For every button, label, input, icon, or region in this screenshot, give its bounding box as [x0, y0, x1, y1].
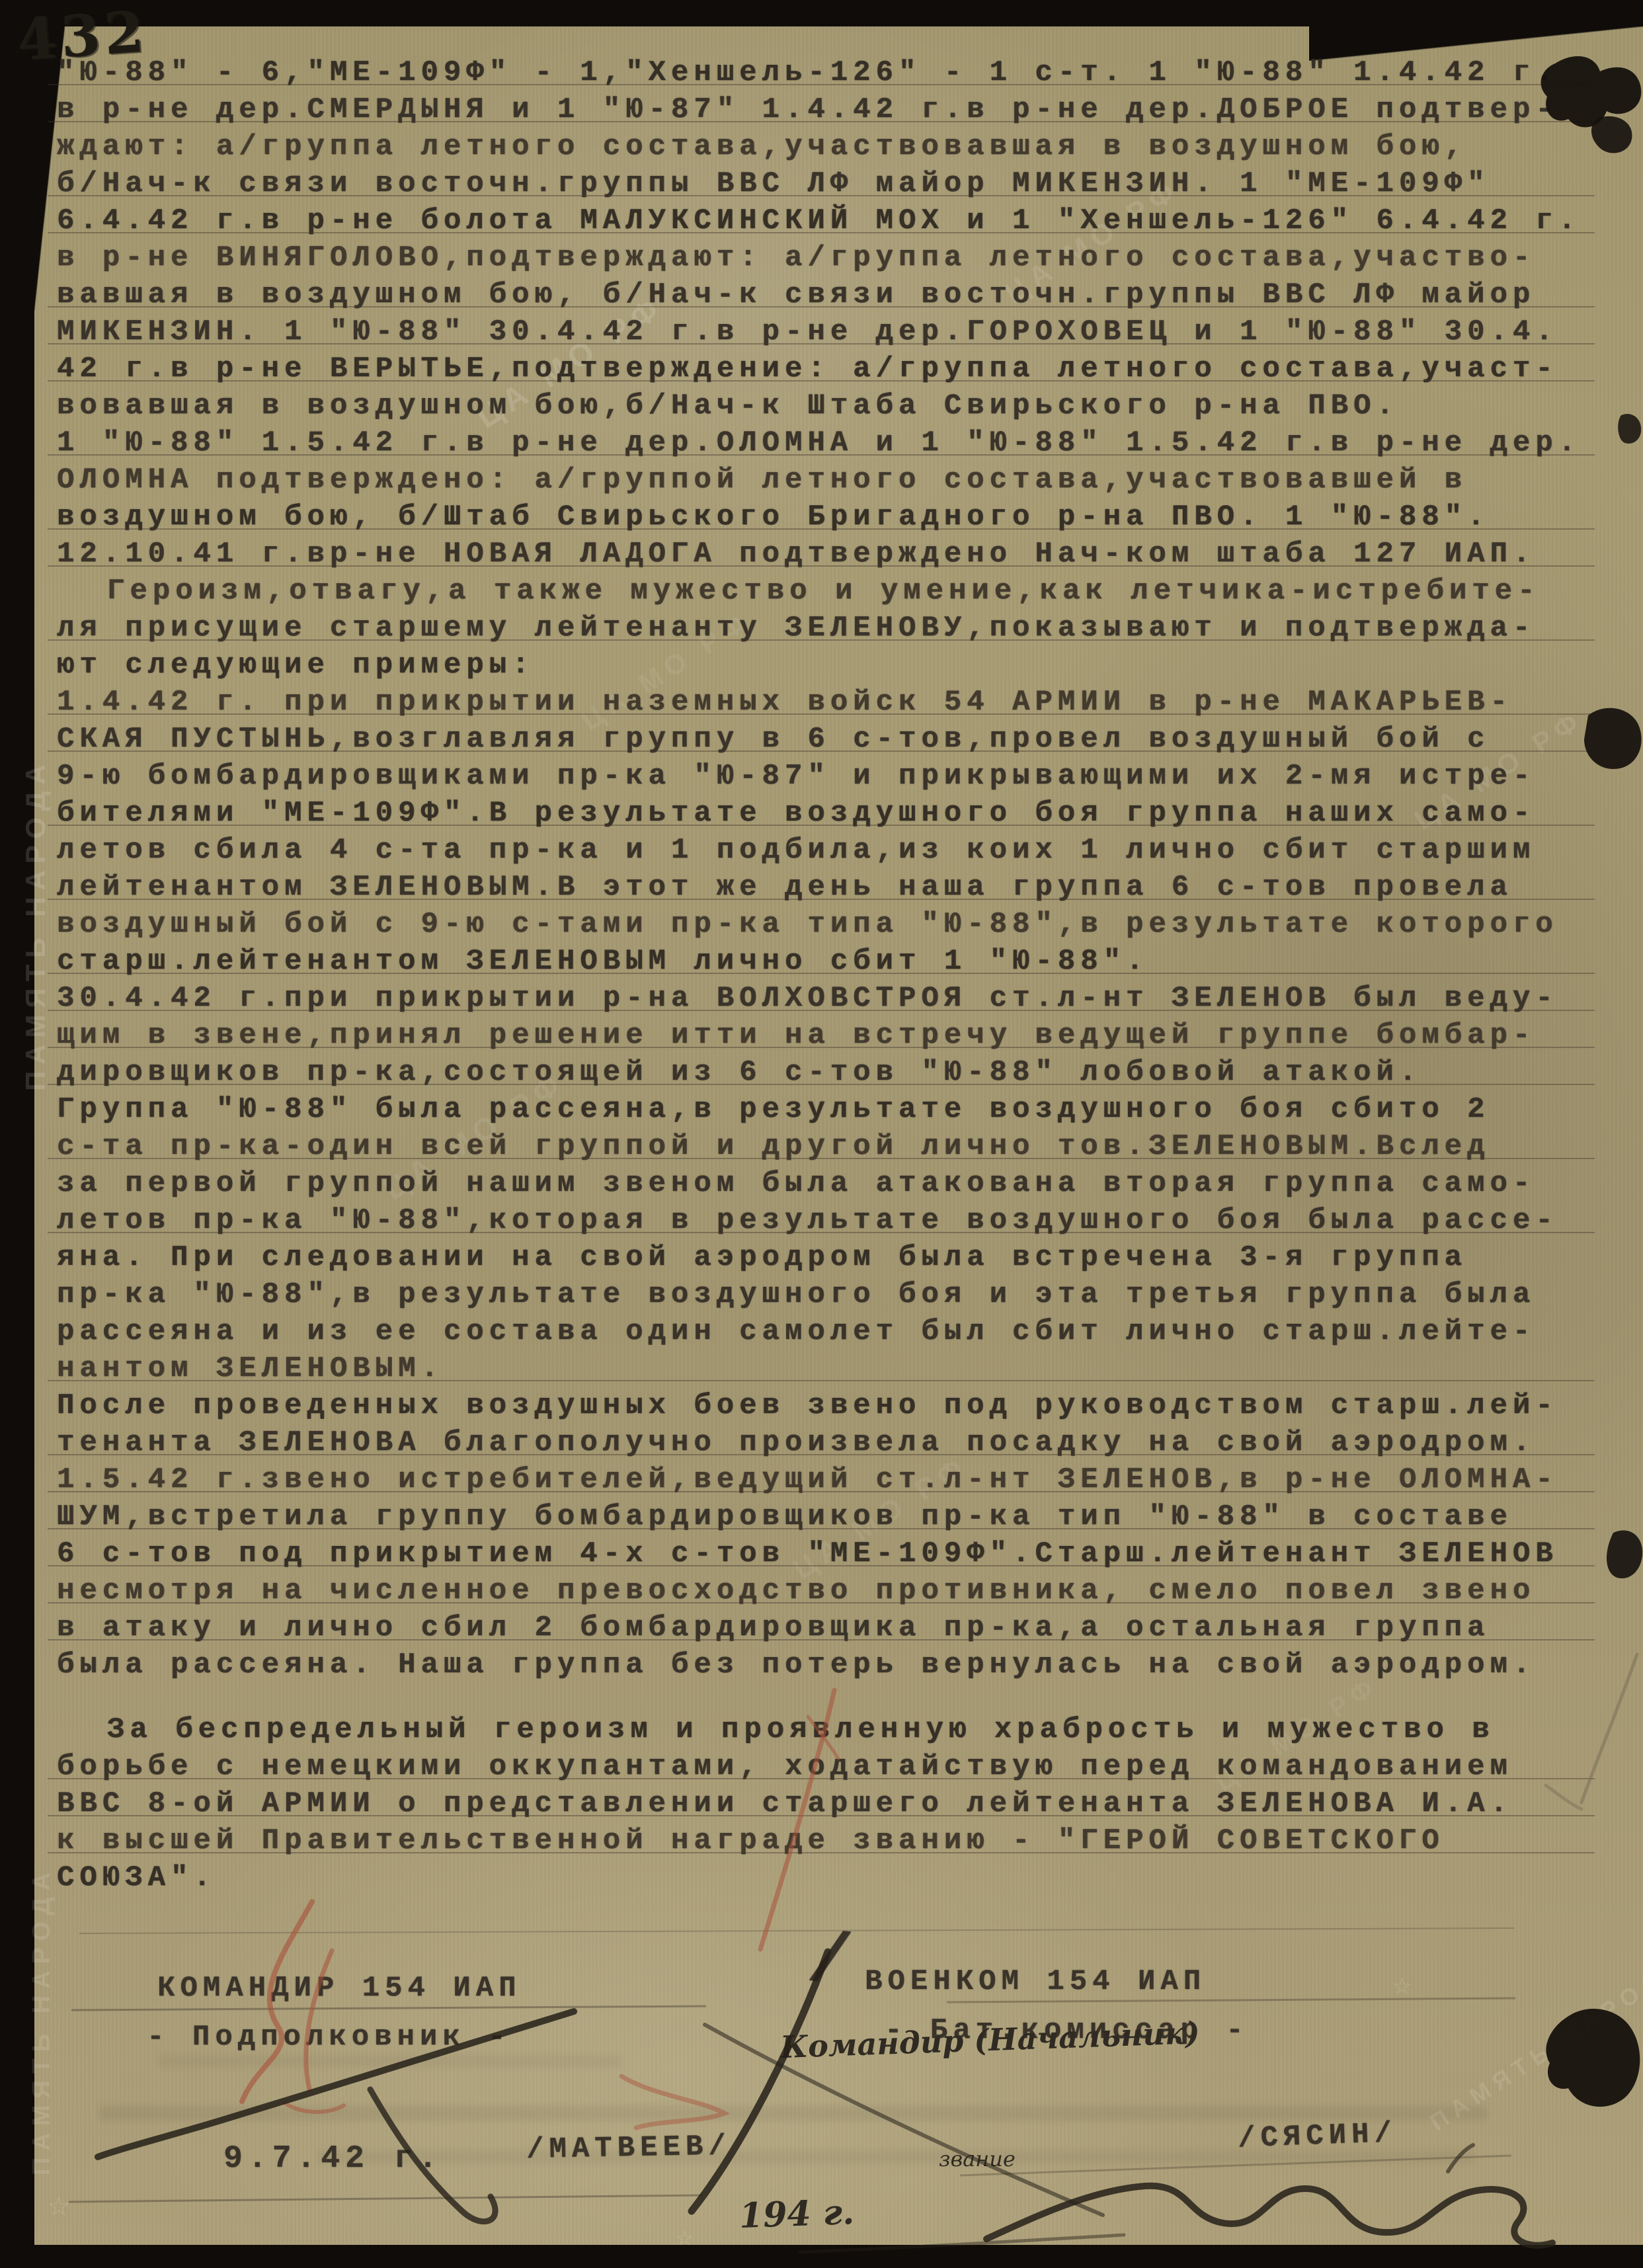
document-line: нантом ЗЕЛЕНОВЫМ. [57, 1350, 1612, 1387]
document-line: тенанта ЗЕЛЕНОВА благополучно произвела … [57, 1424, 1612, 1461]
document-text: "Ю-88" - 6,"МЕ-109Ф" - 1,"Хеншель-126" -… [57, 54, 1612, 1896]
document-line: старш.лейтенантом ЗЕЛЕНОВЫМ лично сбит 1… [57, 943, 1612, 980]
document-line: Героизм,отвагу,а также мужество и умение… [57, 573, 1612, 610]
document-line: 1 "Ю-88" 1.5.42 г.в р-не дер.ОЛОМНА и 1 … [57, 425, 1612, 462]
document-line: вавшая в воздушном бою, б/Нач-к связи во… [57, 276, 1612, 313]
document-line: За беспредельный героизм и проявленную х… [57, 1711, 1612, 1748]
document-line: 1.4.42 г. при прикрытии наземных войск 5… [57, 684, 1612, 721]
document-line: пр-ка "Ю-88",в результате воздушного боя… [57, 1276, 1612, 1313]
document-line: МИКЕНЗИН. 1 "Ю-88" 30.4.42 г.в р-не дер.… [57, 313, 1612, 350]
commander-rank: - Подполковник - [147, 2021, 510, 2054]
document-line: ОЛОМНА подтверждено: а/группой летного с… [57, 462, 1612, 499]
scan-border-bottom [0, 2245, 1643, 2268]
document-line: в р-не дер.СМЕРДЫНЯ и 1 "Ю-87" 1.4.42 г.… [57, 91, 1612, 128]
form-page-number: 194 г. [739, 2192, 855, 2236]
document-line: в атаку и лично сбил 2 бомбардировщика п… [57, 1609, 1612, 1646]
document-line: 12.10.41 г.вр-не НОВАЯ ЛАДОГА подтвержде… [57, 536, 1612, 573]
document-line: 42 г.в р-не ВЕРЫТЬЕ,подтверждение: а/гру… [57, 350, 1612, 387]
document-line: дировщиков пр-ка,состоящей из 6 с-тов "Ю… [57, 1054, 1612, 1091]
document-line: несмотря на численное превосходство прот… [57, 1572, 1612, 1609]
document-line: щим в звене,принял решение итти на встре… [57, 1017, 1612, 1054]
scanned-document-page: 432 ПАМЯТЬ НАРОДА ПАМЯТЬ НАРОДА ЦА МО РФ… [0, 0, 1643, 2268]
document-line: воздушный бой с 9-ю с-тами пр-ка типа "Ю… [57, 906, 1612, 943]
document-line: После проведенных воздушных боев звено п… [57, 1387, 1612, 1424]
document-line: борьбе с немецкими оккупантами, ходатайс… [57, 1748, 1612, 1785]
document-line: СОЮЗА". [57, 1859, 1612, 1896]
ghost-stamp-bar [317, 2150, 1474, 2164]
document-line: 6.4.42 г.в р-не болота МАЛУКСИНСКИЙ МОХ … [57, 202, 1612, 239]
document-line: лейтенантом ЗЕЛЕНОВЫМ.В этот же день наш… [57, 869, 1612, 906]
ghost-stamp-bar [159, 2055, 621, 2067]
commissar-title: ВОЕНКОМ 154 ИАП [865, 1965, 1206, 1998]
document-line: 6 с-тов под прикрытием 4-х с-тов "МЕ-109… [57, 1535, 1612, 1572]
document-line: за первой группой нашим звеном была атак… [57, 1165, 1612, 1202]
document-line: летов сбила 4 с-та пр-ка и 1 подбила,из … [57, 832, 1612, 869]
document-line: 9-ю бомбардировщиками пр-ка "Ю-87" и при… [57, 758, 1612, 795]
document-line: была рассеяна. Наша группа без потерь ве… [57, 1646, 1612, 1683]
commander-title: КОМАНДИР 154 ИАП [157, 1972, 521, 2005]
document-line: воздушном бою, б/Штаб Свирьского Бригадн… [57, 499, 1612, 536]
document-line: СКАЯ ПУСТЫНЬ,возглавляя группу в 6 с-тов… [57, 721, 1612, 758]
document-line: ля присущие старшему лейтенанту ЗЕЛЕНОВУ… [57, 610, 1612, 647]
ghost-stamp-bar [99, 2106, 1488, 2121]
document-line: яна. При следовании на свой аэродром был… [57, 1239, 1612, 1276]
document-line: ШУМ,встретила группу бомбардировщиков пр… [57, 1498, 1612, 1535]
document-line: к высшей Правительственной награде звани… [57, 1822, 1612, 1859]
document-line: Группа "Ю-88" была рассеяна,в результате… [57, 1091, 1612, 1128]
document-line: летов пр-ка "Ю-88",которая в результате … [57, 1202, 1612, 1239]
document-line: 1.5.42 г.звено истребителей,ведущий ст.л… [57, 1461, 1612, 1498]
document-line: 30.4.42 г.при прикрытии р-на ВОЛХОВСТРОЯ… [57, 980, 1612, 1017]
scan-border-left [0, 0, 34, 2268]
document-line: б/Нач-к связи восточн.группы ВВС ЛФ майо… [57, 165, 1612, 202]
document-line: в р-не ВИНЯГОЛОВО,подтверждают: а/группа… [57, 239, 1612, 276]
document-line: "Ю-88" - 6,"МЕ-109Ф" - 1,"Хеншель-126" -… [57, 54, 1612, 91]
document-line: бителями "МЕ-109Ф".В результате воздушно… [57, 795, 1612, 832]
document-line: с-та пр-ка-один всей группой и другой ли… [57, 1128, 1612, 1165]
document-line: ВВС 8-ой АРМИИ о представлении старшего … [57, 1785, 1612, 1822]
document-line: вовавшая в воздушном бою,б/Нач-к Штаба С… [57, 387, 1612, 425]
document-line: рассеяна и из ее состава один самолет бы… [57, 1313, 1612, 1350]
scan-border-top [0, 0, 1643, 26]
slash-mark: / [804, 1921, 860, 2006]
document-line: ждают: а/группа летного состава,участвов… [57, 128, 1612, 165]
document-line: ют следующие примеры: [57, 647, 1612, 684]
